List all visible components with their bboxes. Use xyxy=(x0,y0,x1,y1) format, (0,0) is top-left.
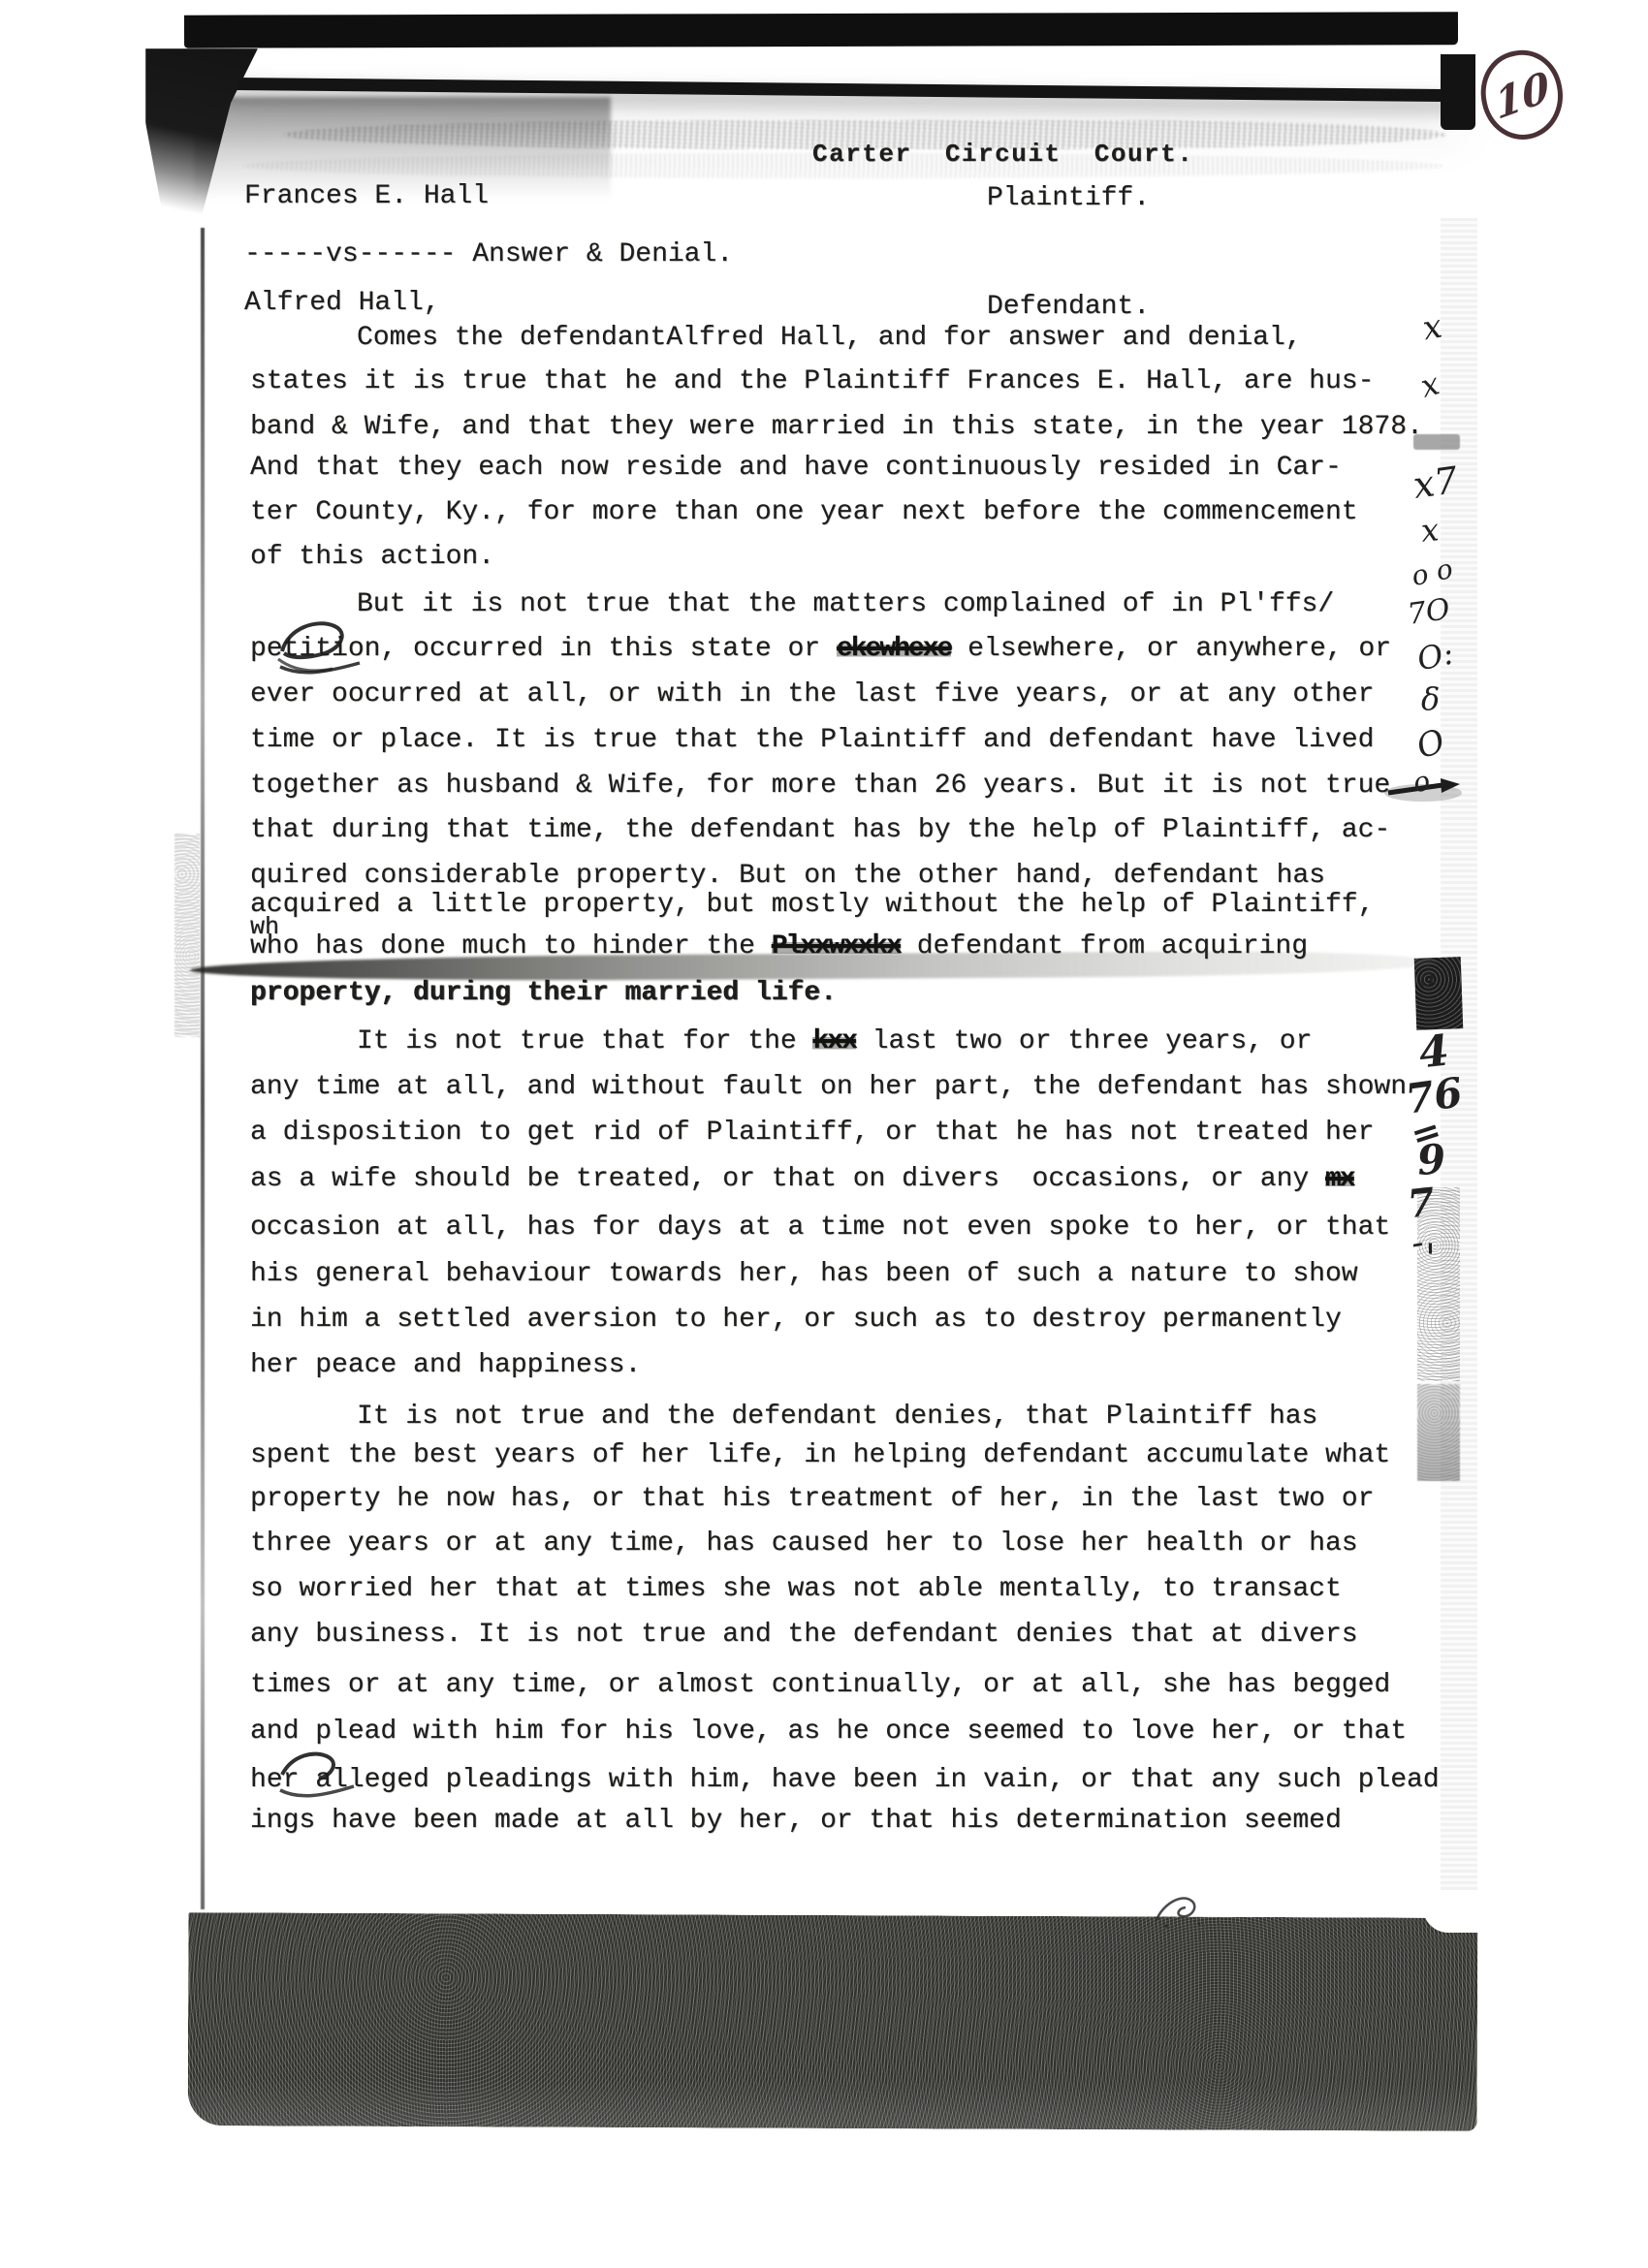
p2-l7: quired considerable property. But on the… xyxy=(250,860,1325,893)
margin-mark: O: xyxy=(1413,635,1456,678)
plaintiff-label: Plaintiff. xyxy=(987,182,1150,215)
p1-l4: And that they each now reside and have c… xyxy=(250,452,1342,485)
p2-l6: that during that time, the defendant has… xyxy=(250,814,1390,847)
typed-strikeout: Plxxwxxkx xyxy=(772,931,901,961)
p3-l6: his general behaviour towards her, has b… xyxy=(250,1258,1358,1291)
court-title: Carter Circuit Court. xyxy=(812,138,1193,171)
p2-l9: who has done much to hinder the Plxxwxxk… xyxy=(250,930,1308,963)
p4-l4: three years or at any time, has caused h… xyxy=(250,1528,1358,1560)
typed-strikeout: kxx xyxy=(812,1026,855,1056)
defendant-name: Alfred Hall, xyxy=(244,287,440,320)
margin-mark: 7O xyxy=(1406,592,1452,632)
p4-l10: ings have been made at all by her, or th… xyxy=(250,1805,1342,1838)
margin-mark: δ xyxy=(1421,680,1440,717)
margin-mark: x xyxy=(1419,511,1440,549)
plaintiff-name: Frances E. Hall xyxy=(244,180,489,213)
p4-l9: her alleged pleadings with him, have bee… xyxy=(250,1764,1440,1797)
margin-mark: x7 xyxy=(1410,458,1460,507)
p2-l4: time or place. It is true that the Plain… xyxy=(250,724,1374,757)
p3-l2: any time at all, and without fault on he… xyxy=(250,1071,1407,1104)
vs-answer-denial: -----vs------ Answer & Denial. xyxy=(244,238,733,271)
p4-l2: spent the best years of her life, in hel… xyxy=(250,1439,1390,1472)
p4-l6: any business. It is not true and the def… xyxy=(250,1619,1358,1652)
p1-l3: band & Wife, and that they were married … xyxy=(250,411,1423,444)
scanned-court-document-page: 10 Carter Circuit Court.Frances E. HallP… xyxy=(0,0,1648,2268)
margin-mark: 9 xyxy=(1415,1135,1447,1184)
typed-strikeout: mx xyxy=(1325,1164,1354,1194)
p4-l7: times or at any time, or almost continua… xyxy=(250,1669,1390,1702)
p2-l2: petition, occurred in this state or ekew… xyxy=(250,633,1391,666)
defendant-label: Defendant. xyxy=(987,291,1150,324)
margin-mark: 7 xyxy=(1406,1180,1438,1228)
p3-l7: in him a settled aversion to her, or suc… xyxy=(250,1304,1342,1337)
p4-l5: so worried her that at times she was not… xyxy=(250,1573,1342,1606)
p2-l5: together as husband & Wife, for more tha… xyxy=(250,770,1390,803)
p3-l3: a disposition to get rid of Plaintiff, o… xyxy=(250,1117,1374,1150)
p3-l4: as a wife should be treated, or that on … xyxy=(250,1163,1354,1196)
p3-l5: occasion at all, has for days at a time … xyxy=(250,1212,1390,1244)
p1-l5: ter County, Ky., for more than one year … xyxy=(250,496,1358,529)
p1-l1: Comes the defendantAlfred Hall, and for … xyxy=(357,322,1302,355)
p3-l1: It is not true that for the kxx last two… xyxy=(357,1025,1312,1058)
p1-l6: of this action. xyxy=(250,541,494,574)
p3-l8: her peace and happiness. xyxy=(250,1349,641,1382)
p2-l8: acquired a little property, but mostly w… xyxy=(250,889,1374,922)
p2-l10: property, during their married life. xyxy=(250,977,837,1010)
p4-l3: property he now has, or that his treatme… xyxy=(250,1483,1374,1516)
p1-l2: states it is true that he and the Plaint… xyxy=(250,365,1374,398)
margin-mark: ' xyxy=(1425,1237,1436,1281)
p2-l3: ever oocurred at all, or with in the las… xyxy=(250,678,1374,711)
p2-l1: But it is not true that the matters comp… xyxy=(357,588,1334,621)
typed-text-block: Carter Circuit Court.Frances E. HallPlai… xyxy=(0,0,1648,2268)
typed-strikeout: ekewhexe xyxy=(837,634,951,664)
p4-l8: and plead with him for his love, as he o… xyxy=(250,1716,1407,1748)
p4-l1: It is not true and the defendant denies,… xyxy=(357,1401,1317,1433)
